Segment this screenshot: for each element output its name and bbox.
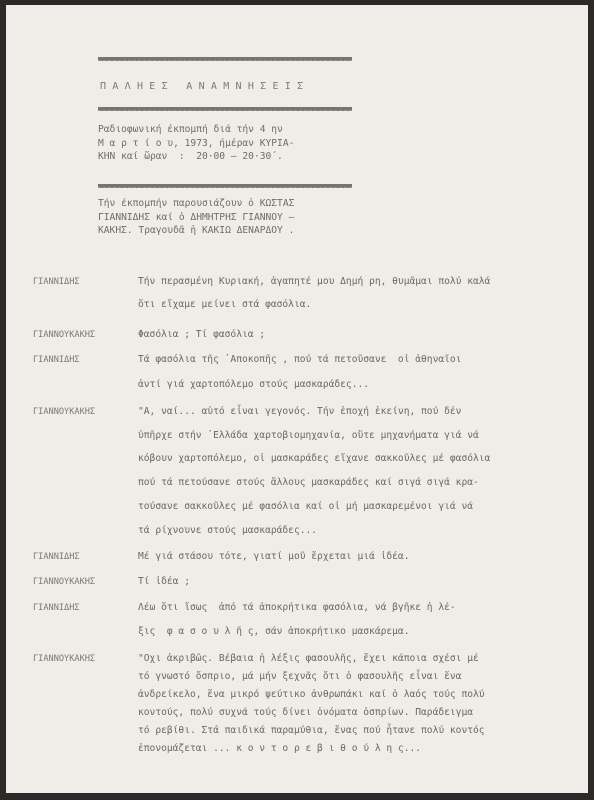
dialogue-line: τό ρεβίθι. Στά παιδικά παραμύθια, ἕνας π… bbox=[138, 725, 485, 736]
speaker-label: ΓΙΑΝΝΙΔΗΣ bbox=[33, 552, 133, 562]
speaker-label: ΓΙΑΝΝΟΥΚΑΚΗΣ bbox=[33, 577, 133, 587]
dialogue-line: ξις φ α σ ο υ λ ῆ ς, σάν ἀποκρήτικο μασκ… bbox=[138, 626, 409, 637]
speaker-label: ΓΙΑΝΝΙΔΗΣ bbox=[33, 277, 133, 287]
presenters-info-line: Τήν έκπομπήν παρουσιάζουν ὁ ΚΩΣΤΑΣ bbox=[98, 197, 294, 211]
dialogue-line: Τήν περασμένη Κυριακή, ἀγαπητέ μου Δημή … bbox=[138, 276, 490, 287]
dialogue-line: ὑπῆρχε στήν ᾽Ελλάδα χαρτοβιομηχανία, οὔτ… bbox=[138, 430, 479, 441]
speaker-label: ΓΙΑΝΝΙΔΗΣ bbox=[33, 355, 133, 365]
dialogue-line: ἐπονομάζεται ... κ ο ν τ ο ρ ε β ι θ ο ύ… bbox=[138, 743, 421, 754]
presenters-info: Τήν έκπομπήν παρουσιάζουν ὁ ΚΩΣΤΑΣ ΓΙΑΝΝ… bbox=[98, 197, 294, 238]
speaker-label: ΓΙΑΝΝΙΔΗΣ bbox=[33, 603, 133, 613]
dialogue-line: "Οχι ἀκριβῶς. Βέβαια ἡ λέξις φασουλῆς, ἔ… bbox=[138, 653, 479, 664]
broadcast-info-line: Μ α ρ τ ί ο υ, 1973, ήμέραν ΚΥΡΙΑ- bbox=[98, 137, 294, 151]
dialogue-line: "Α, ναί... αὐτό εἶναι γεγονός. Τήν ἐποχή… bbox=[138, 406, 461, 417]
dialogue-line: τό γνωστό ὄσπριο, μά μήν ξεχνᾶς ὅτι ὁ φα… bbox=[138, 671, 461, 682]
dialogue-line: κοντούς, πολύ συχνά τούς δίνει ὀνόματα ὀ… bbox=[138, 707, 473, 718]
broadcast-info-line: Ραδιοφωνική έκπομπή διά τήν 4 ην bbox=[98, 123, 294, 137]
speaker-label: ΓΙΑΝΝΟΥΚΑΚΗΣ bbox=[33, 654, 133, 664]
document-page: ΠΑΛΗΕΣ ΑΝΑΜΝΗΣΕΙΣ Ραδιοφωνική έκπομπή δι… bbox=[6, 5, 588, 793]
dialogue-line: Μέ γιά στάσου τότε, γιατί μοῦ ἔρχεται μι… bbox=[138, 551, 409, 562]
dialogue-line: ἀνδρείκελο, ἕνα μικρό ψεύτικο ἀνθρωπάκι … bbox=[138, 689, 485, 700]
dialogue-line: Τά φασόλια τῆς ᾽Αποκοπῆς , πού τά πετοῦσ… bbox=[138, 354, 461, 365]
speaker-label: ΓΙΑΝΝΟΥΚΑΚΗΣ bbox=[33, 330, 133, 340]
top-rule bbox=[98, 57, 352, 61]
dialogue-line: κόβουν χαρτοπόλεμο, οἱ μασκαράδες εἴχανε… bbox=[138, 453, 490, 464]
speaker-label: ΓΙΑΝΝΟΥΚΑΚΗΣ bbox=[33, 407, 133, 417]
info-rule bbox=[98, 184, 352, 188]
presenters-info-line: ΚΑΚΗΣ. Τραγουδᾶ ἡ ΚΑΚΙΩ ΔΕΝΑΡΔΟΥ . bbox=[98, 224, 294, 238]
document-title: ΠΑΛΗΕΣ ΑΝΑΜΝΗΣΕΙΣ bbox=[100, 81, 309, 92]
dialogue-line: ἀντί γιά χαρτοπόλεμο στούς μασκαράδες... bbox=[138, 379, 369, 390]
dialogue-line: Τί ἰδέα ; bbox=[138, 576, 190, 587]
dialogue-line: Φασόλια ; Τί φασόλια ; bbox=[138, 329, 265, 340]
dialogue-line: τούσανε σακκοῦλες μέ φασόλια καί οἱ μή μ… bbox=[138, 501, 473, 512]
broadcast-info: Ραδιοφωνική έκπομπή διά τήν 4 ην Μ α ρ τ… bbox=[98, 123, 294, 164]
dialogue-line: Λέω ὅτι ἴσως ἀπό τά ἀποκρήτικα φασόλια, … bbox=[138, 602, 456, 613]
presenters-info-line: ΓΙΑΝΝΙΔΗΣ καί ὁ ΔΗΜΗΤΡΗΣ ΓΙΑΝΝΟΥ – bbox=[98, 211, 294, 225]
broadcast-info-line: ΚΗΝ καί ὥραν : 20·00 – 20·30΄. bbox=[98, 150, 294, 164]
dialogue-line: τά ρίχνουνε στούς μασκαράδες... bbox=[138, 525, 317, 536]
dialogue-line: ὅτι εἴχαμε μείνει στά φασόλια. bbox=[138, 299, 311, 310]
title-rule bbox=[98, 107, 352, 111]
dialogue-line: πού τά πετούσανε στούς ἄλλους μασκαράδες… bbox=[138, 477, 479, 488]
